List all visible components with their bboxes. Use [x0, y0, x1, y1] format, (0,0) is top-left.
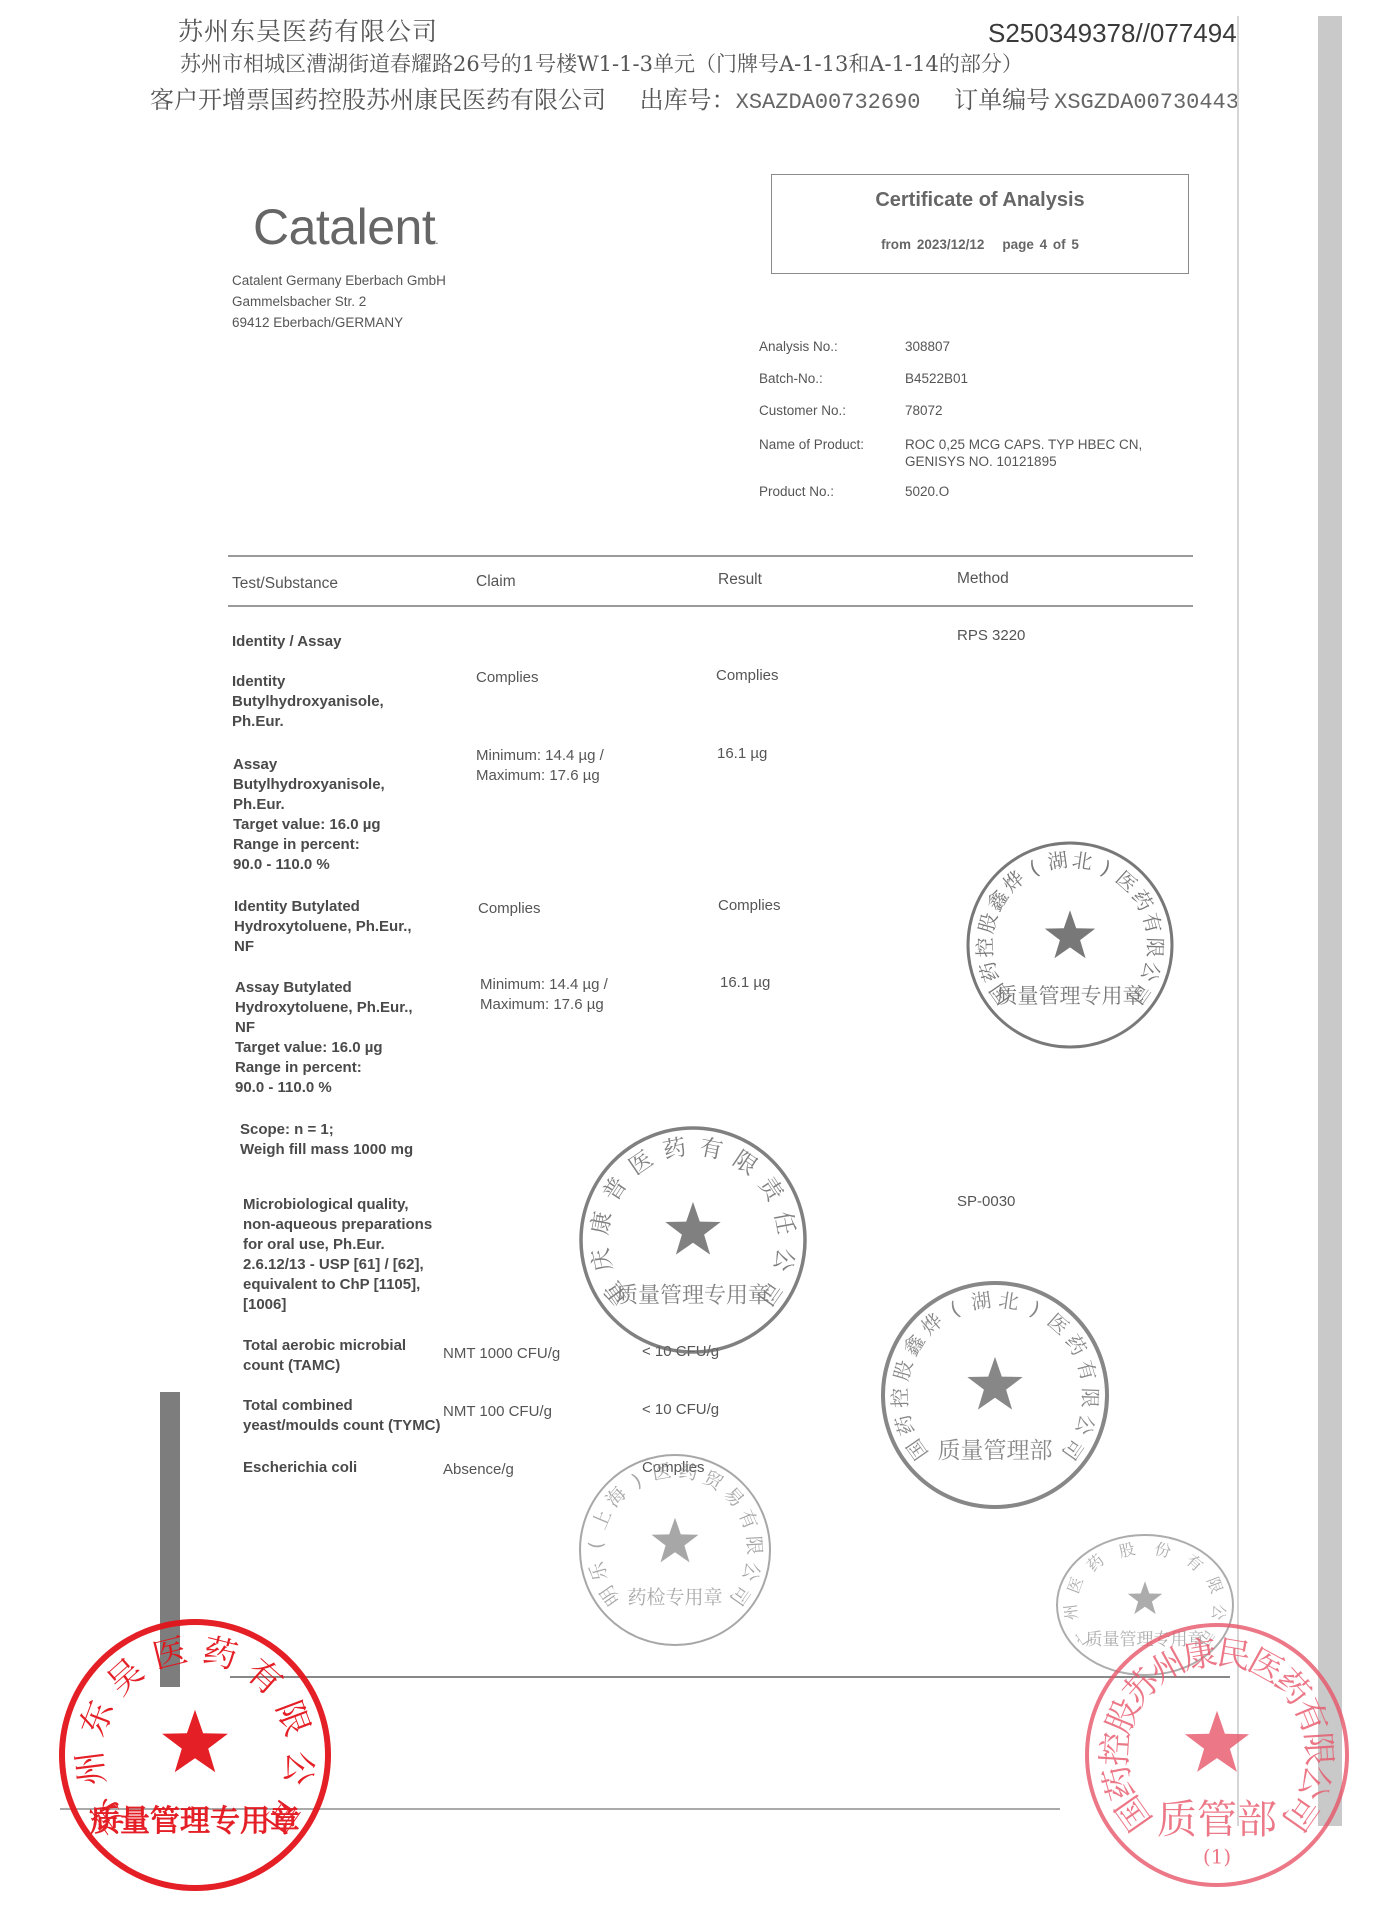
svg-text:份: 份 — [1153, 1539, 1173, 1561]
section-title: Identity / Assay — [232, 632, 341, 652]
company-address: Catalent Germany Eberbach GmbH Gammelsba… — [232, 270, 446, 333]
svg-text:医: 医 — [1043, 1308, 1074, 1339]
result-value: Complies — [716, 666, 779, 686]
overprint-customer-label: 客户开增票 — [150, 86, 270, 114]
svg-text:股: 股 — [974, 910, 1002, 936]
svg-text:): ) — [1097, 855, 1114, 880]
overprint-order-label: 订单编号 — [954, 86, 1050, 114]
test-name: Identity ButylatedHydroxytoluene, Ph.Eur… — [234, 897, 434, 957]
result-value: Complies — [642, 1458, 705, 1478]
svg-text:鑫: 鑫 — [899, 1330, 930, 1360]
svg-text:公: 公 — [276, 1749, 320, 1788]
product-info: Analysis No.:308807 Batch-No.:B4522B01 C… — [759, 338, 1195, 515]
svg-text:): ) — [1026, 1296, 1043, 1321]
star-icon — [967, 1357, 1022, 1410]
svg-text:医: 医 — [624, 1146, 658, 1180]
scan-shadow-left — [160, 1392, 180, 1687]
svg-text:质量管理专用章: 质量管理专用章 — [997, 984, 1144, 1008]
svg-text:上: 上 — [588, 1507, 616, 1533]
svg-text:(: ( — [1025, 855, 1042, 880]
svg-text:烨: 烨 — [916, 1308, 947, 1339]
svg-text:明: 明 — [596, 1581, 625, 1609]
svg-text:(1): (1) — [1203, 1844, 1231, 1868]
svg-text:质量管理部: 质量管理部 — [938, 1438, 1053, 1464]
svg-text:药: 药 — [199, 1630, 242, 1677]
svg-text:广: 广 — [1072, 1625, 1097, 1649]
svg-text:质量管理专用章: 质量管理专用章 — [616, 1284, 770, 1309]
svg-text:医: 医 — [1111, 866, 1142, 897]
svg-text:责: 责 — [753, 1173, 788, 1208]
svg-text:吴: 吴 — [100, 1651, 152, 1703]
svg-text:控: 控 — [888, 1387, 913, 1408]
table-bottom-rule — [230, 1676, 1230, 1678]
svg-text:限: 限 — [1078, 1387, 1103, 1408]
svg-text:有: 有 — [1073, 1358, 1101, 1384]
kangmin-stamp: 国药控股苏州康民医药有限公司质管部(1) — [1087, 1625, 1347, 1885]
svg-text:药: 药 — [661, 1134, 689, 1164]
test-name: Escherichia coli — [243, 1458, 357, 1478]
svg-text:鑫: 鑫 — [982, 886, 1013, 916]
svg-text:湖: 湖 — [970, 1288, 993, 1315]
svg-text:药: 药 — [975, 958, 1004, 985]
svg-text:州: 州 — [1061, 1603, 1082, 1621]
svg-text:公: 公 — [1071, 1412, 1100, 1439]
claim-value: NMT 100 CFU/g — [443, 1402, 552, 1422]
claim-value: Absence/g — [443, 1460, 514, 1480]
page-footer-rule — [60, 1808, 1060, 1810]
svg-text:公: 公 — [738, 1559, 764, 1583]
chongqing-stamp: 重庆康普医药有限责任公司质量管理专用章 — [581, 1128, 805, 1352]
svg-text:苏: 苏 — [83, 1788, 136, 1840]
svg-text:公: 公 — [1208, 1603, 1229, 1621]
guangzhou-stamp: 广州医药股份有限公司质量管理专用章 — [1057, 1535, 1233, 1675]
column-header-test: Test/Substance — [232, 575, 338, 593]
info-row: Batch-No.:B4522B01 — [759, 370, 1195, 387]
svg-text:乐: 乐 — [586, 1558, 613, 1583]
column-header-result: Result — [718, 571, 762, 589]
svg-text:州: 州 — [70, 1749, 114, 1788]
column-header-method: Method — [957, 570, 1009, 588]
svg-text:州: 州 — [1144, 1641, 1193, 1692]
certificate-subtitle: from 2023/12/12page 4 of 5 — [772, 237, 1188, 252]
test-name: Scope: n = 1;Weigh fill mass 1000 mg — [240, 1120, 460, 1160]
hubei-stamp: 国药控股鑫烨(湖北)医药有限公司质量管理专用章 — [968, 843, 1172, 1047]
svg-text:国: 国 — [902, 1434, 933, 1464]
star-icon — [1045, 910, 1095, 958]
svg-text:普: 普 — [598, 1173, 632, 1206]
svg-text:(: ( — [946, 1296, 963, 1321]
shanghai-stamp: 明乐(上海)医药贸易有限公司药检专用章 — [580, 1455, 770, 1645]
svg-text:国: 国 — [985, 979, 1016, 1009]
claim-value: Complies — [476, 668, 539, 688]
section-method: SP-0030 — [957, 1192, 1015, 1212]
info-row: Analysis No.:308807 — [759, 338, 1195, 355]
info-row: Customer No.:78072 — [759, 402, 1195, 419]
result-value: Complies — [718, 896, 781, 916]
svg-text:司: 司 — [1194, 1625, 1219, 1649]
overprint-outbound-no: XSAZDA00732690 — [736, 90, 921, 115]
svg-text:有: 有 — [1182, 1550, 1207, 1575]
svg-text:国: 国 — [1108, 1788, 1160, 1839]
certificate-box: Certificate of Analysis from 2023/12/12p… — [771, 174, 1189, 274]
svg-text:药: 药 — [1060, 1330, 1091, 1360]
catalent-logo: Catalent. — [253, 198, 438, 256]
svg-text:有: 有 — [1138, 910, 1166, 936]
scan-shadow-right — [1318, 16, 1342, 1826]
svg-text:药: 药 — [1266, 1661, 1318, 1713]
test-name: Total aerobic microbialcount (TAMC) — [243, 1336, 463, 1376]
overprint-outbound-label: 出库号： — [640, 86, 736, 114]
test-name: AssayButylhydroxyanisole,Ph.Eur.Target v… — [233, 755, 443, 875]
test-name: IdentityButylhydroxyanisole,Ph.Eur. — [232, 672, 432, 732]
svg-text:司: 司 — [1057, 1434, 1088, 1464]
claim-value: NMT 1000 CFU/g — [443, 1344, 560, 1364]
certificate-date: from 2023/12/12 — [881, 237, 984, 252]
svg-text:医: 医 — [1064, 1574, 1087, 1596]
svg-text:股: 股 — [1099, 1693, 1149, 1740]
svg-text:司: 司 — [751, 1276, 785, 1310]
svg-text:苏: 苏 — [1116, 1661, 1169, 1714]
svg-text:限: 限 — [1143, 937, 1168, 958]
result-value: 16.1 µg — [720, 973, 770, 993]
claim-value: Minimum: 14.4 µg /Maximum: 17.6 µg — [476, 746, 676, 786]
svg-text:湖: 湖 — [1046, 848, 1069, 875]
svg-text:股: 股 — [1117, 1539, 1137, 1561]
svg-text:海: 海 — [602, 1483, 631, 1512]
svg-text:烨: 烨 — [998, 866, 1029, 897]
svg-text:药: 药 — [890, 1412, 919, 1439]
svg-text:重: 重 — [600, 1276, 634, 1310]
result-value: 16.1 µg — [717, 744, 767, 764]
svg-text:民: 民 — [1214, 1633, 1254, 1678]
svg-text:控: 控 — [973, 937, 998, 958]
svg-text:有: 有 — [697, 1134, 725, 1164]
test-name: Total combinedyeast/moulds count (TYMC) — [243, 1396, 473, 1436]
stamps-svg: 国药控股鑫烨(湖北)医药有限公司质量管理专用章重庆康普医药有限责任公司质量管理专… — [0, 0, 1396, 1920]
svg-text:药检专用章: 药检专用章 — [627, 1587, 722, 1609]
overprint-code: S250349378//077494 — [988, 18, 1237, 49]
result-value: < 10 CFU/g — [642, 1400, 719, 1420]
info-row: Product No.:5020.O — [759, 483, 1195, 500]
overprint-order-no: XSGZDA00730443 — [1054, 90, 1239, 115]
overprint-address: 苏州市相城区漕湖街道春耀路26号的1号楼W1-1-3单元（门牌号A-1-13和A… — [180, 48, 1023, 78]
svg-text:任: 任 — [769, 1210, 799, 1237]
svg-text:司: 司 — [254, 1789, 306, 1840]
svg-text:公: 公 — [1136, 958, 1165, 985]
svg-text:药: 药 — [1096, 1761, 1144, 1805]
svg-text:司: 司 — [1124, 979, 1155, 1009]
svg-text:限: 限 — [728, 1146, 762, 1180]
star-icon — [652, 1518, 699, 1563]
star-icon — [1128, 1581, 1163, 1614]
svg-text:限: 限 — [268, 1695, 317, 1741]
overprint-order-line: 客户开增票国药控股苏州康民医药有限公司 出库号：XSAZDA00732690 订… — [150, 80, 1265, 115]
svg-text:(: ( — [585, 1541, 607, 1550]
page-edge-line — [1237, 16, 1239, 1826]
svg-text:康: 康 — [587, 1210, 617, 1237]
claim-value: Minimum: 14.4 µg /Maximum: 17.6 µg — [480, 975, 680, 1015]
address-line: 69412 Eberbach/GERMANY — [232, 312, 446, 333]
svg-text:司: 司 — [725, 1581, 754, 1609]
svg-text:药: 药 — [1127, 886, 1158, 916]
info-row: Name of Product:ROC 0,25 MCG CAPS. TYP H… — [759, 436, 1195, 470]
svg-text:庆: 庆 — [588, 1246, 618, 1274]
svg-text:易: 易 — [719, 1483, 748, 1512]
svg-text:北: 北 — [997, 1288, 1020, 1315]
table-header-rule — [228, 605, 1193, 607]
svg-text:质量管理专用章: 质量管理专用章 — [1086, 1629, 1205, 1650]
section-method: RPS 3220 — [957, 626, 1025, 646]
svg-text:股: 股 — [889, 1358, 917, 1384]
overprint-customer: 国药控股苏州康民医药有限公司 — [270, 86, 606, 114]
suzhou-dongwu-stamp: 苏州东吴医药有限公司质量管理专用章 — [62, 1622, 328, 1888]
svg-text:限: 限 — [1203, 1574, 1226, 1596]
svg-text:医: 医 — [1241, 1641, 1290, 1692]
svg-text:公: 公 — [768, 1246, 798, 1274]
svg-text:东: 东 — [73, 1695, 122, 1741]
overprint-company: 苏州东吴医药有限公司 — [178, 12, 438, 48]
certificate-title: Certificate of Analysis — [772, 189, 1188, 212]
address-line: Gammelsbacher Str. 2 — [232, 291, 446, 312]
page-indicator: page 4 of 5 — [1002, 237, 1079, 252]
svg-text:北: 北 — [1071, 848, 1094, 875]
svg-text:药: 药 — [1083, 1550, 1108, 1575]
star-icon — [665, 1202, 720, 1255]
svg-text:控: 控 — [1095, 1731, 1137, 1767]
column-header-claim: Claim — [476, 573, 516, 591]
overlap-stamp: 国药控股鑫烨(湖北)医药有限公司质量管理部 — [883, 1283, 1107, 1507]
svg-text:有: 有 — [734, 1507, 762, 1533]
svg-text:质管部: 质管部 — [1157, 1797, 1277, 1843]
star-icon — [162, 1710, 228, 1773]
section-title: Microbiological quality,non-aqueous prep… — [243, 1195, 473, 1315]
star-icon — [1185, 1711, 1249, 1772]
overprint-address-text: 苏州市相城区漕湖街道春耀路26号的1号楼W1-1-3单元（门牌号A-1-13和A… — [180, 52, 1023, 76]
svg-text:康: 康 — [1180, 1633, 1220, 1678]
table-top-rule — [228, 555, 1193, 557]
svg-text:限: 限 — [742, 1535, 765, 1555]
claim-value: Complies — [478, 899, 541, 919]
test-name: Assay ButylatedHydroxytoluene, Ph.Eur.,N… — [235, 978, 455, 1098]
result-value: < 10 CFU/g — [642, 1342, 719, 1362]
address-line: Catalent Germany Eberbach GmbH — [232, 270, 446, 291]
